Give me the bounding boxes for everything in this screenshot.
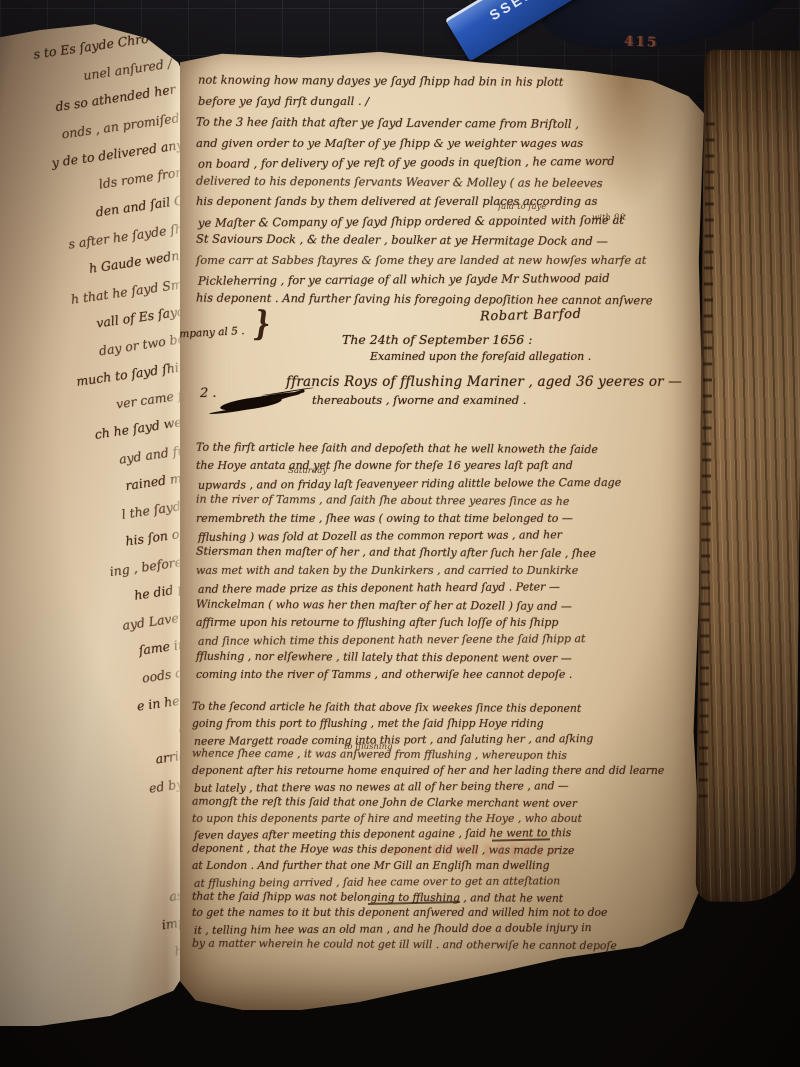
interlineation: Saturday	[288, 466, 327, 476]
deponent-name-line: ffrancis Roys of fflushing Mariner , age…	[286, 374, 682, 390]
deponent-signature: Robart Barfod	[480, 307, 582, 325]
manuscript-line: Winckelman ( who was her then maſter of …	[196, 595, 688, 615]
manuscript-line: the Hoye antata and yet ſhe downe for th…	[196, 457, 688, 474]
deponent-heading: ffrancis Roys of fflushing Mariner , age…	[286, 374, 682, 407]
manuscript-line: going from this port to fflushing , met …	[192, 716, 684, 732]
manuscript-line: his deponent ſands by them delivered at …	[196, 192, 688, 212]
manuscript-line: To the firſt article hee ſaith and depoſ…	[196, 438, 688, 458]
right-page: not knowing how many dayes ye ſayd ſhipp…	[180, 48, 704, 1010]
session-heading: The 24th of September 1656 : Examined up…	[342, 332, 591, 363]
fore-edge-ink-marks	[699, 110, 715, 810]
deponent-sworn-line: thereabouts , ſworne and examined .	[312, 393, 682, 407]
brace-mark: }	[254, 317, 270, 333]
ink-blot	[220, 393, 283, 414]
show-through-mark	[380, 844, 560, 858]
manuscript-line: Pickleherring , for ye carriage of all w…	[198, 268, 690, 291]
manuscript-line: St Saviours Dock , & the dealer , boulke…	[196, 229, 688, 252]
manuscript-line: in the river of Tamms , and ſaith ſhe ab…	[196, 491, 688, 511]
manuscript-line: and given order to ye Maſter of ye ſhipp…	[196, 134, 688, 154]
manuscript-line: on board , for delivery of ye reſt of ye…	[198, 151, 690, 174]
manuscript-line: that the ſaid ſhipp was not belonging to…	[192, 888, 684, 907]
manuscript-line: was met with and taken by the Dunkirkers…	[196, 562, 688, 579]
interlineation: with ſiſt	[592, 213, 626, 223]
manuscript-line: ſome carr at Sabbes ſtayres & ſome they …	[196, 251, 688, 271]
answer-to-first-article: To the firſt article hee ſaith and depoſ…	[196, 440, 688, 684]
end-flourish: ~o	[713, 931, 737, 951]
manuscript-line: fflushing , nor elſewhere , till lately …	[196, 647, 688, 667]
left-page: s to Es ſayde Chro hounel anſured /ds so…	[0, 16, 196, 1026]
session-examined-line: Examined upon the foreſaid allegation .	[370, 350, 591, 363]
manuscript-line: coming into the river of Tamms , and oth…	[196, 666, 688, 683]
interlineation: ſaid to ſaye	[498, 202, 546, 212]
book-fore-edge	[696, 49, 800, 902]
manuscript-line: before ye ſayd firſt dungall . /	[198, 92, 690, 112]
interlineation: to fflushing	[344, 742, 393, 752]
manuscript-line: deponent after his retourne home enquire…	[192, 763, 684, 779]
manuscript-line: whence ſhee came , it was anſwered from …	[192, 746, 684, 765]
answer-to-second-article: To the ſecond article he ſaith that abov…	[192, 700, 684, 953]
manuscript-line: remembreth the time , ſhee was ( owing t…	[196, 510, 688, 527]
manuscript-line: To the ſecond article he ſaith that abov…	[192, 698, 684, 717]
previous-deposition-end: not knowing how many dayes ye ſayd ſhipp…	[198, 72, 690, 111]
page-number-stamp: 415	[624, 33, 659, 50]
manuscript-line: to get the names to it but this deponent…	[192, 905, 684, 921]
deposition-number: 2 .	[200, 386, 217, 401]
manuscript-line: at London . And further that one Mr Gill…	[192, 858, 684, 874]
manuscript-line: Stiersman then maſter of her , and that …	[196, 543, 688, 563]
photo-background: SSED s to Es ſayde Chro hounel anſured /…	[0, 0, 800, 1067]
manuscript-line: amongſt the reſt this ſaid that one John…	[192, 793, 684, 812]
manuscript-line: delivered to his deponents ſervants Weav…	[196, 171, 688, 194]
answer-to-third-article: To the 3 hee ſaith that after ye ſayd La…	[196, 114, 688, 309]
session-date: The 24th of September 1656 :	[342, 332, 591, 347]
manuscript-line: To the 3 hee ſaith that after ye ſayd La…	[196, 112, 688, 135]
manuscript-line: by a matter wherein he could not get ill…	[192, 935, 684, 954]
